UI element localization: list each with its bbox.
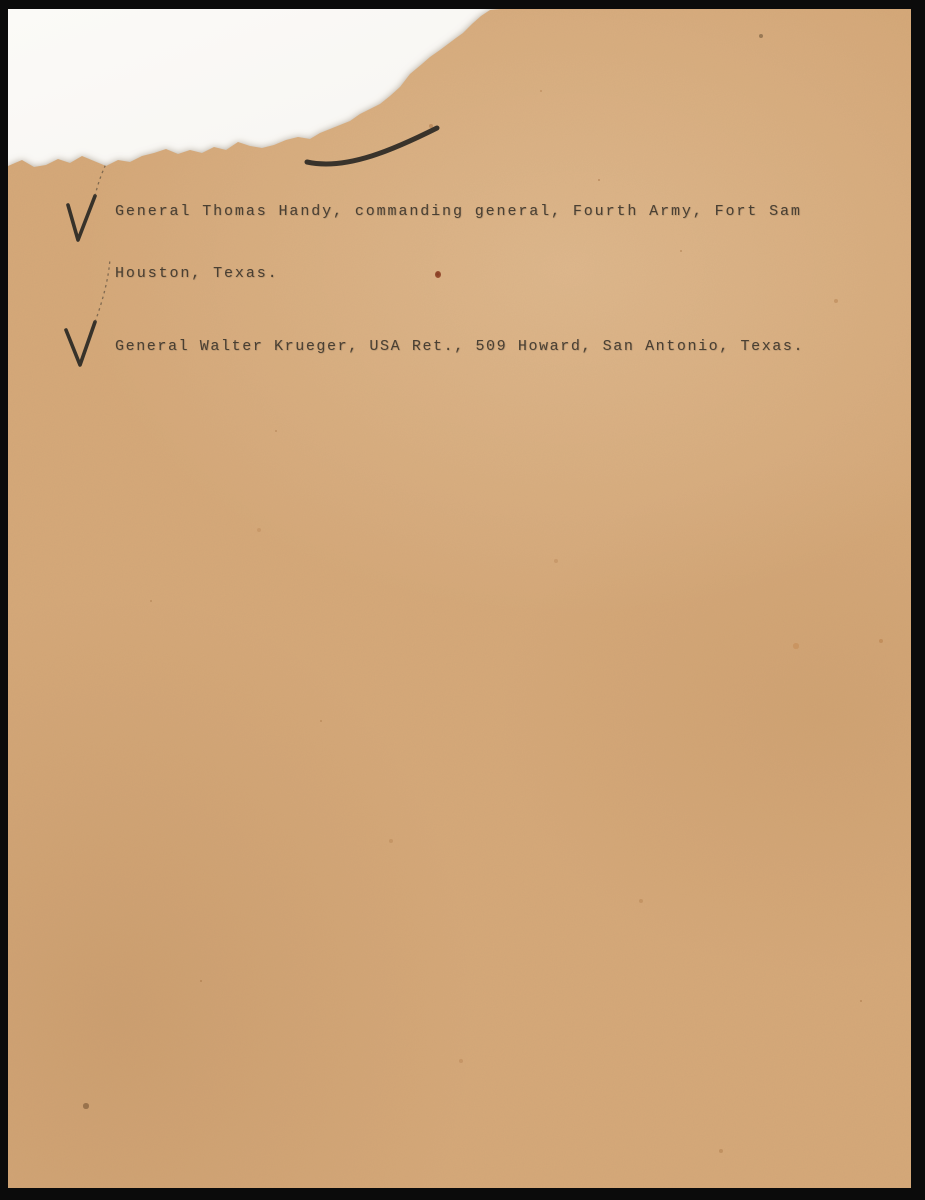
checkmark-icon [55, 87, 180, 262]
ink-spot [435, 271, 441, 278]
scan-frame: Mrs Deakins General Thomas Handy, comman… [0, 0, 925, 1200]
underline-flourish-icon [302, 121, 447, 176]
typed-entry-handy-line1: General Thomas Handy, commanding general… [115, 203, 802, 220]
typed-entry-krueger-line1: General Walter Krueger, USA Ret., 509 Ho… [115, 338, 804, 355]
paper-speckles [8, 9, 10, 11]
typed-entry-handy-line2: Houston, Texas. [115, 265, 279, 282]
torn-paper-page: Mrs Deakins General Thomas Handy, comman… [8, 9, 911, 1188]
scanner-backdrop: Mrs Deakins General Thomas Handy, comman… [8, 9, 911, 1188]
